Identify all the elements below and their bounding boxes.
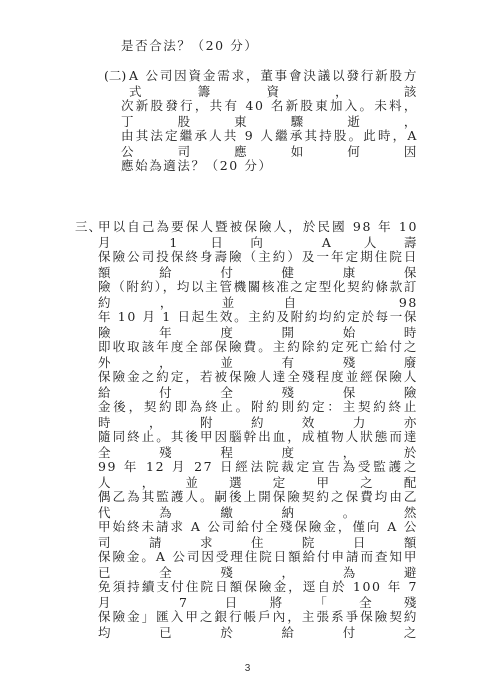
question-3-line: 免須持續支付住院日額保險金，逕自於 100 年 7 月 7 日將「全殘	[98, 579, 418, 611]
question-3-line: 甲以自己為要保人暨被保險人，於民國 98 年 10 月 1 日向 A 人壽	[98, 219, 418, 251]
sub-question-2-line: 次新股發行，共有 40 名新股東加入。未料，丁股東驟逝，	[121, 98, 418, 130]
question-3-line: 隨同終止。其後甲因腦幹出血，成植物人狀態而達全殘程度，於	[98, 429, 418, 461]
question-3-line: 保險金之約定，若被保險人達全殘程度並經保險人給付全殘保險	[98, 369, 418, 401]
question-3-line: 保險金」匯入甲之銀行帳戶內，主張系爭保險契約均已於給付之	[98, 609, 418, 641]
sub-question-2-line: A 公司因資金需求，董事會決議以發行新股方式籌資，該	[129, 68, 418, 100]
sub-question-2-line: 應始為適法？（20 分）	[121, 158, 273, 174]
question-3-line: 保險公司投保終身壽險（主約）及一年定期住院日額給付健康保	[98, 249, 418, 281]
question-3-line: 甲始終未請求 A 公司給付全殘保險金，僅向 A 公司請求住院日額	[98, 519, 418, 551]
question-3-line: 保險金。A 公司因受理住院日額給付申請而查知甲已全殘，為避	[98, 549, 418, 581]
continuation-line: 是否合法？（20 分）	[121, 38, 258, 54]
question-3-line: 金後，契約即為終止。附約則約定：主契約終止時，附約效力亦	[98, 399, 418, 431]
page-number: 3	[0, 663, 495, 674]
question-3-line: 99 年 12 月 27 日經法院裁定宣告為受監護之人，並選定甲之配	[98, 459, 418, 491]
question-3-line: 即收取該年度全部保險費。主約除約定死亡給付之外，並有殘廢	[98, 339, 418, 371]
question-3-line: 偶乙為其監護人。嗣後上開保險契約之保費均由乙代為繳納。然	[98, 489, 418, 521]
question-3-line: 險（附約），均以主管機關核准之定型化契約條款訂約，並自 98	[98, 279, 418, 311]
sub-question-2-line: 由其法定繼承人共 9 人繼承其持股。此時，A 公司應如何因	[121, 128, 418, 160]
sub-question-2-label: (二)	[104, 68, 126, 84]
document-page: 是否合法？（20 分） (二) A 公司因資金需求，董事會決議以發行新股方式籌資…	[0, 0, 495, 700]
question-3-line: 年 10 月 1 日起生效。主約及附約均約定於每一保險年度開始時	[98, 309, 418, 341]
